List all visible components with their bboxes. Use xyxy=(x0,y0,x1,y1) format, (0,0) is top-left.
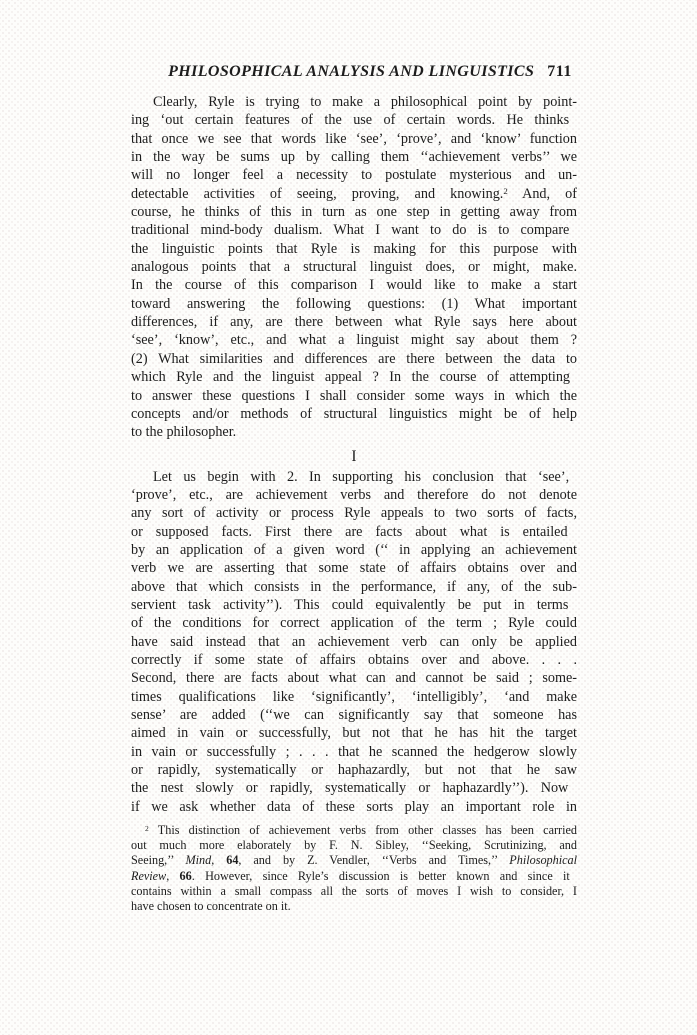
text-line: course, he thinks of this in turn as one… xyxy=(131,203,577,221)
text-line: verb we are asserting that some state of… xyxy=(131,559,577,577)
text-line: if we ask whether data of these sorts pl… xyxy=(131,798,577,816)
text-line: ‘prove’, etc., are achievement verbs and… xyxy=(131,486,577,504)
text-line: ing ‘out certain features of the use of … xyxy=(131,111,577,129)
text-line: have chosen to concentrate on it. xyxy=(131,899,577,914)
text-line: ‘see’, ‘know’, etc., and what a linguist… xyxy=(131,331,577,349)
text-line: differences, if any, are there between w… xyxy=(131,313,577,331)
text-line: or supposed facts. First there are facts… xyxy=(131,523,577,541)
running-head-title: PHILOSOPHICAL ANALYSIS AND LINGUISTICS xyxy=(168,63,534,80)
text-line: Seeing,’’ Mind, 64, and by Z. Vendler, ‘… xyxy=(131,853,577,868)
text-line: detectable activities of seeing, proving… xyxy=(131,185,577,203)
text-line: servient task activity’’). This could eq… xyxy=(131,596,577,614)
text-line: (2) What similarities and differences ar… xyxy=(131,350,577,368)
text-line: Clearly, Ryle is trying to make a philos… xyxy=(131,93,577,111)
text-line: aimed in vain or successfully, but not t… xyxy=(131,724,577,742)
text-line: any sort of activity or process Ryle app… xyxy=(131,504,577,522)
text-line: by an application of a given word (‘‘ in… xyxy=(131,541,577,559)
paragraph-section-one: Let us begin with 2. In supporting his c… xyxy=(131,468,577,817)
text-line: the linguistic points that Ryle is makin… xyxy=(131,240,577,258)
text-line: times qualifications like ‘significantly… xyxy=(131,688,577,706)
text-line: of the conditions for correct applicatio… xyxy=(131,614,577,632)
text-line: that once we see that words like ‘see’, … xyxy=(131,130,577,148)
text-line: concepts and/or methods of structural li… xyxy=(131,405,577,423)
text-line: which Ryle and the linguist appeal ? In … xyxy=(131,368,577,386)
text-line: in the way be sums up by calling them ‘‘… xyxy=(131,148,577,166)
paragraph-intro: Clearly, Ryle is trying to make a philos… xyxy=(131,93,577,442)
text-line: the nest slowly or rapidly, systematical… xyxy=(131,779,577,797)
text-line: 2 This distinction of achievement verbs … xyxy=(131,823,577,838)
text-line: In the course of this comparison I would… xyxy=(131,276,577,294)
text-line: have said instead that an achievement ve… xyxy=(131,633,577,651)
text-line: analogous points that a structural lingu… xyxy=(131,258,577,276)
text-line: to the philosopher. xyxy=(131,423,577,441)
footnote: 2 This distinction of achievement verbs … xyxy=(131,823,577,914)
text-line: contains within a small compass all the … xyxy=(131,884,577,899)
section-heading: I xyxy=(131,448,577,466)
page-number: 711 xyxy=(547,63,572,80)
text-line: toward answering the following questions… xyxy=(131,295,577,313)
text-line: Review, 66. However, since Ryle’s discus… xyxy=(131,869,577,884)
text-line: sense’ are added (‘‘we can significantly… xyxy=(131,706,577,724)
text-line: traditional mind-body dualism. What I wa… xyxy=(131,221,577,239)
text-line: to answer these questions I shall consid… xyxy=(131,387,577,405)
text-line: or rapidly, systematically or haphazardl… xyxy=(131,761,577,779)
text-line: Second, there are facts about what can a… xyxy=(131,669,577,687)
text-column: PHILOSOPHICAL ANALYSIS AND LINGUISTICS71… xyxy=(131,62,577,914)
text-line: above that which consists in the perform… xyxy=(131,578,577,596)
text-line: will no longer feel a necessity to postu… xyxy=(131,166,577,184)
scanned-journal-page: PHILOSOPHICAL ANALYSIS AND LINGUISTICS71… xyxy=(0,0,697,1035)
running-head: PHILOSOPHICAL ANALYSIS AND LINGUISTICS71… xyxy=(147,62,593,81)
text-line: out much more elaborately by F. N. Sible… xyxy=(131,838,577,853)
text-line: correctly if some state of affairs obtai… xyxy=(131,651,577,669)
text-line: in vain or successfully ; . . . that he … xyxy=(131,743,577,761)
text-line: Let us begin with 2. In supporting his c… xyxy=(131,468,577,486)
